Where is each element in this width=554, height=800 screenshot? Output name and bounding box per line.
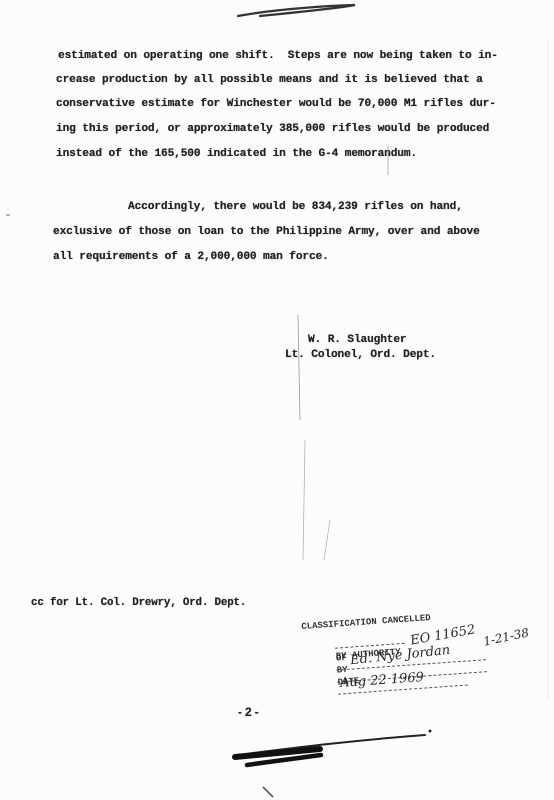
body-line-1: estimated on operating one shift. Steps … (58, 50, 498, 62)
body-line-8: all requirements of a 2,000,000 man forc… (53, 251, 329, 263)
body-line-2: crease production by all possible means … (56, 74, 483, 86)
body-line-7: exclusive of those on loan to the Philip… (53, 226, 480, 238)
body-line-5: instead of the 165,500 indicated in the … (56, 148, 417, 160)
pen-mark-top (230, 0, 360, 22)
pen-mark-bottom (225, 725, 435, 800)
body-line-6: Accordingly, there would be 834,239 rifl… (128, 201, 463, 213)
body-line-3: conservative estimate for Winchester wou… (56, 98, 496, 110)
page-number: - 2 - (238, 705, 259, 719)
signature-name: W. R. Slaughter (308, 334, 406, 346)
body-line-4: ing this period, or approximately 385,00… (56, 123, 489, 135)
signature-title: Lt. Colonel, Ord. Dept. (285, 349, 436, 361)
document-page: estimated on operating one shift. Steps … (0, 0, 554, 800)
cc-line: cc for Lt. Col. Drewry, Ord. Dept. (31, 597, 246, 609)
